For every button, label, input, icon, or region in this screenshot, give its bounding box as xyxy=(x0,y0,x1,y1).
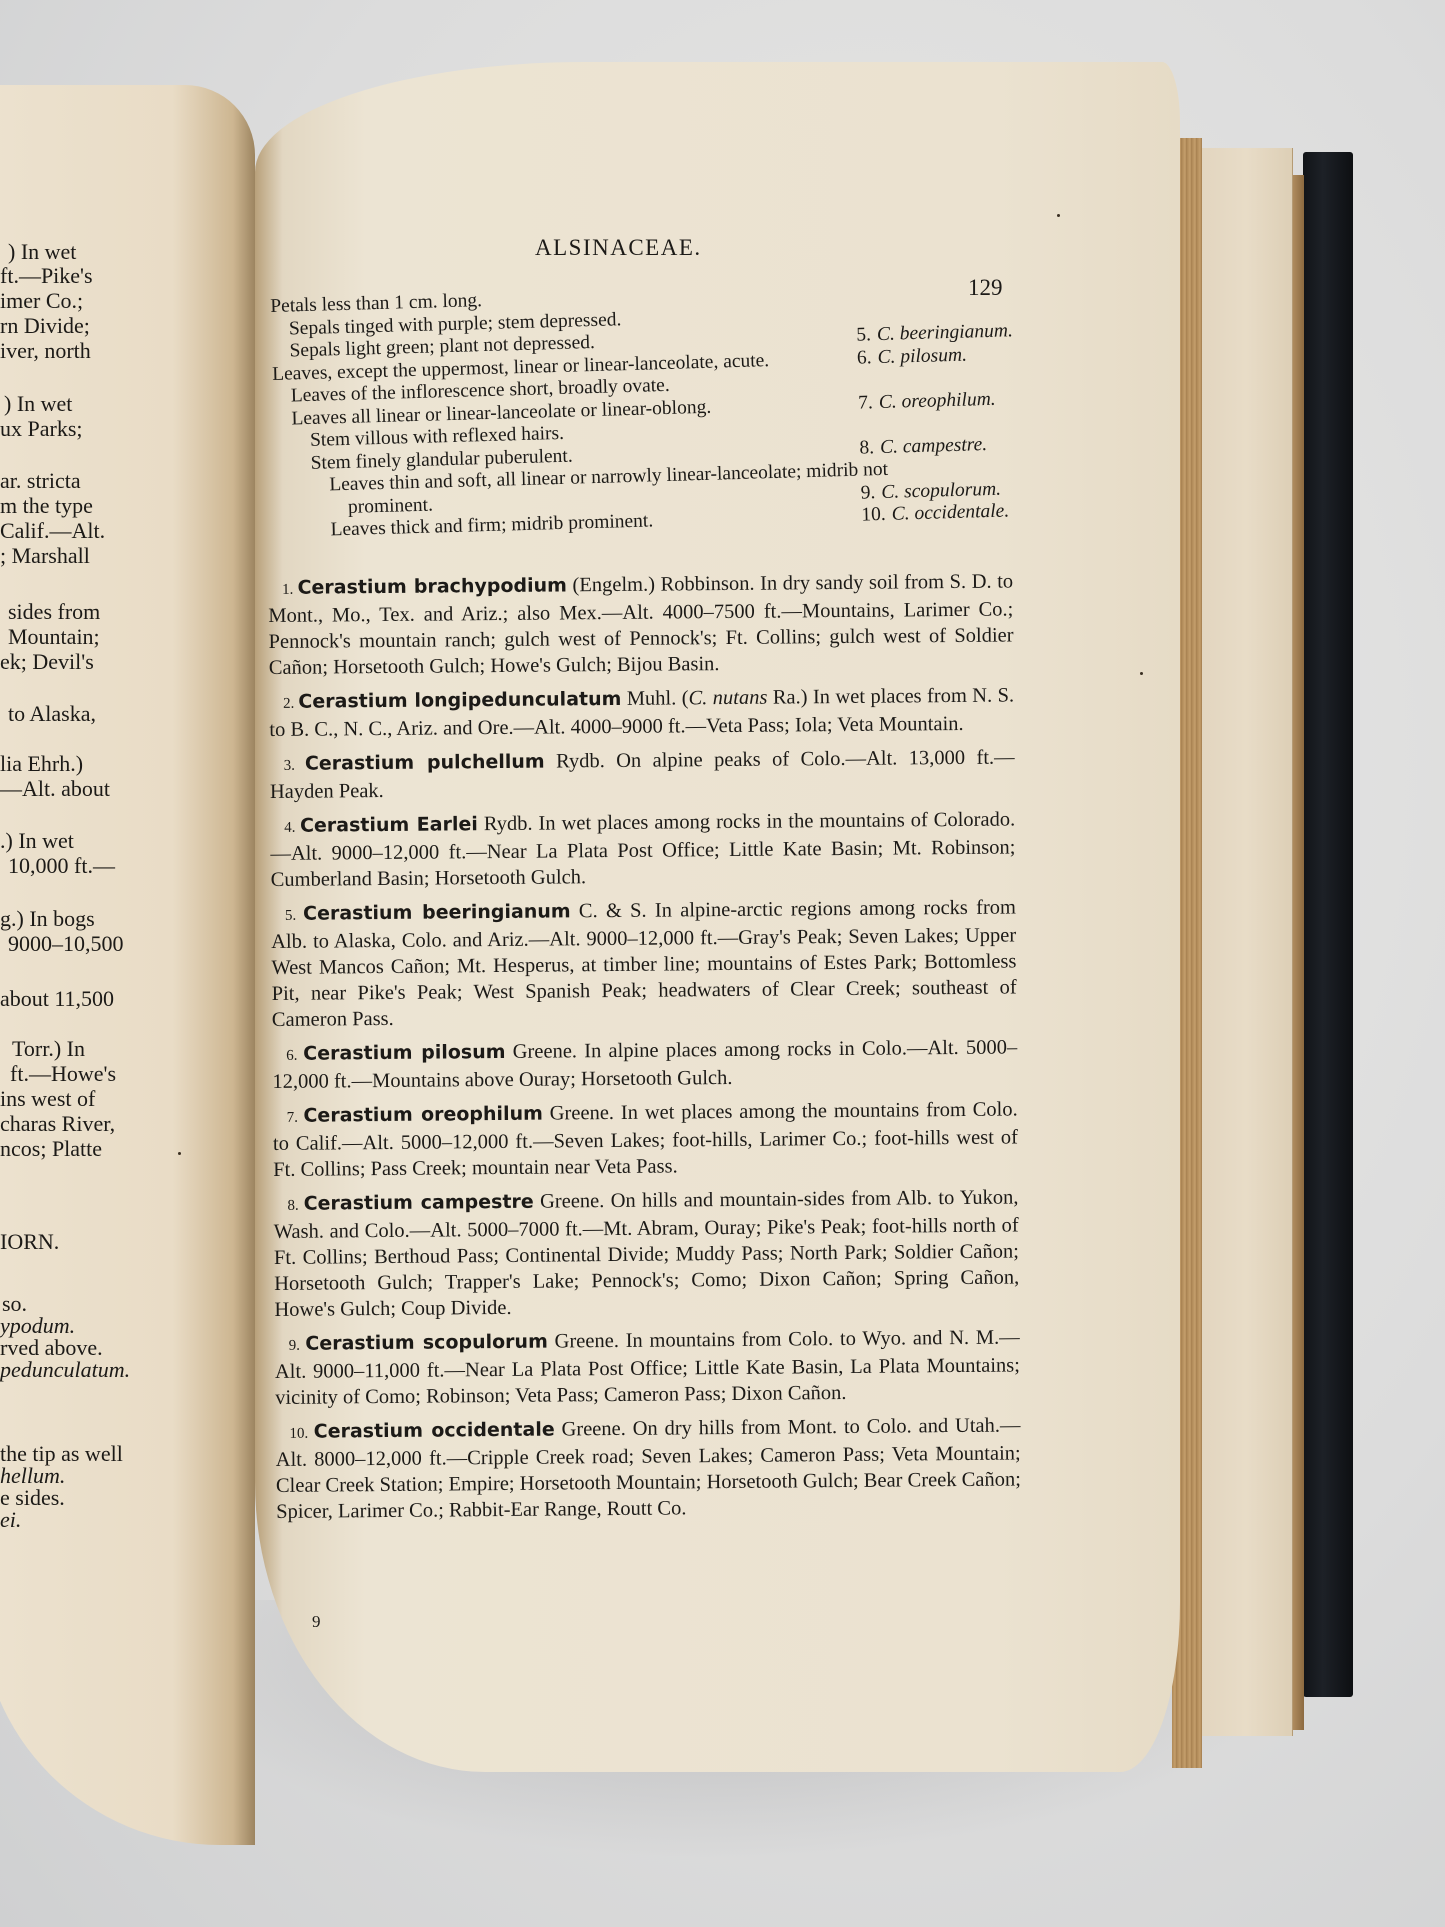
entry-number: 7. xyxy=(287,1110,304,1126)
book-cover-binding xyxy=(1303,152,1353,1697)
left-page-text: ) In wetft.—Pike'simer Co.;rn Divide;ive… xyxy=(0,85,150,1785)
entry-number: 8. xyxy=(287,1198,303,1214)
species-name: Cerastium Earlei xyxy=(300,813,478,837)
entry-number: 2. xyxy=(283,696,298,712)
entry-number: 4. xyxy=(284,820,300,836)
species-entry: 4. Cerastium Earlei Rydb. In wet places … xyxy=(270,806,1016,892)
left-page-line: —Alt. about xyxy=(0,775,110,802)
left-page-line: ux Parks; xyxy=(0,415,83,442)
left-page-line: pedunculatum. xyxy=(0,1356,130,1383)
left-page-line: m the type xyxy=(0,492,93,519)
key-ref-name: C. oreophilum. xyxy=(879,388,996,412)
key-ref-name: C. pilosum. xyxy=(877,344,967,367)
species-authority: Rydb. xyxy=(484,813,533,835)
species-authority: C. & S. xyxy=(579,900,647,923)
left-page-line: ar. stricta xyxy=(0,467,81,494)
entry-number: 9. xyxy=(289,1338,306,1354)
running-head: ALSINACEAE. xyxy=(535,235,702,261)
species-key: Petals less than 1 cm. long.Sepals tinge… xyxy=(270,275,1032,543)
left-page-line: to Alaska, xyxy=(8,700,96,727)
species-authority: Greene. xyxy=(540,1190,605,1213)
left-page-line: Mountain; xyxy=(8,623,100,650)
key-ref-number: 7. xyxy=(858,392,873,413)
species-entry: 6. Cerastium pilosum Greene. In alpine p… xyxy=(272,1034,1017,1094)
left-page-line: Torr.) In xyxy=(12,1035,85,1062)
synonym-authority: Ra.) xyxy=(773,686,808,708)
left-page-line: rn Divide; xyxy=(0,312,90,339)
species-name: Cerastium longipedunculatum xyxy=(298,688,621,713)
signature-mark: 9 xyxy=(312,1612,321,1632)
species-authority: Muhl. xyxy=(627,687,677,709)
species-entry: 9. Cerastium scopulorum Greene. In mount… xyxy=(275,1324,1021,1410)
key-ref-number: 8. xyxy=(859,437,874,458)
left-page-line: ) In wet xyxy=(4,390,72,417)
species-name: Cerastium pilosum xyxy=(303,1041,505,1065)
species-entries: 1. Cerastium brachypodium (Engelm.) Robb… xyxy=(268,568,1021,1532)
left-page-line: 9000–10,500 xyxy=(8,930,124,957)
species-name: Cerastium scopulorum xyxy=(305,1331,548,1355)
left-page-line: sides from xyxy=(8,598,100,625)
key-ref-name: C. beeringianum. xyxy=(877,320,1013,345)
left-page-line: g.) In bogs xyxy=(0,905,95,932)
left-page-line: ins west of xyxy=(0,1085,95,1112)
paper-speck xyxy=(1057,214,1060,217)
left-page-line: 10,000 ft.— xyxy=(8,852,115,879)
species-name: Cerastium occidentale xyxy=(314,1419,555,1443)
species-authority: Greene. xyxy=(550,1102,615,1125)
species-entry: 10. Cerastium occidentale Greene. On dry… xyxy=(275,1412,1021,1524)
left-page-line: Calif.—Alt. xyxy=(0,517,105,544)
species-authority: Greene. xyxy=(561,1418,626,1441)
paper-speck xyxy=(1140,672,1143,675)
species-entry: 2. Cerastium longipedunculatum Muhl. (C.… xyxy=(269,682,1014,742)
left-page-line: .) In wet xyxy=(0,827,74,854)
key-ref-number: 10. xyxy=(861,504,886,526)
key-ref-number: 9. xyxy=(860,482,875,503)
entry-number: 1. xyxy=(282,582,298,598)
synonym-name: C. nutans xyxy=(688,687,767,710)
species-authority: Rydb. xyxy=(556,750,605,772)
left-page-line: ) In wet xyxy=(8,238,76,265)
species-authority: (Engelm.) Robbinson. xyxy=(572,573,754,597)
left-page-line: iver, north xyxy=(0,337,91,364)
entry-number: 3. xyxy=(284,758,305,774)
left-page-line: IORN. xyxy=(0,1228,59,1255)
left-page-line: imer Co.; xyxy=(0,287,83,314)
left-page-line: ft.—Howe's xyxy=(10,1060,116,1087)
species-entry: 5. Cerastium beeringianum C. & S. In alp… xyxy=(271,894,1017,1032)
entry-number: 6. xyxy=(286,1048,303,1064)
paper-speck xyxy=(178,1152,181,1155)
key-ref-name: C. scopulorum. xyxy=(881,478,1001,502)
species-name: Cerastium campestre xyxy=(304,1191,534,1215)
left-page-line: lia Ehrh.) xyxy=(0,750,83,777)
species-name: Cerastium beeringianum xyxy=(303,900,571,924)
species-entry: 8. Cerastium campestre Greene. On hills … xyxy=(273,1184,1019,1322)
key-ref-name: C. occidentale. xyxy=(891,500,1009,524)
species-entry: 3. Cerastium pulchellum Rydb. On alpine … xyxy=(270,744,1015,804)
key-ref-number: 5. xyxy=(856,324,871,345)
left-page-line: ncos; Platte xyxy=(0,1135,102,1162)
species-entry: 1. Cerastium brachypodium (Engelm.) Robb… xyxy=(268,568,1014,680)
species-authority: Greene. xyxy=(554,1330,619,1353)
left-page-line: ; Marshall xyxy=(0,542,90,569)
species-name: Cerastium pulchellum xyxy=(305,751,545,775)
species-name: Cerastium oreophilum xyxy=(303,1103,543,1127)
flyleaf xyxy=(1200,148,1293,1736)
key-species-ref: 10.C. occidentale. xyxy=(861,500,1032,527)
left-page-line: charas River, xyxy=(0,1110,115,1137)
left-page-line: about 11,500 xyxy=(0,985,114,1012)
species-entry: 7. Cerastium oreophilum Greene. In wet p… xyxy=(273,1096,1019,1182)
key-ref-number: 6. xyxy=(857,347,872,368)
entry-number: 5. xyxy=(285,908,303,924)
entry-number: 10. xyxy=(289,1426,313,1442)
species-name: Cerastium brachypodium xyxy=(297,574,567,598)
left-page-line: ei. xyxy=(0,1506,21,1533)
left-page-line: ft.—Pike's xyxy=(0,262,93,289)
left-page: ) In wetft.—Pike'simer Co.;rn Divide;ive… xyxy=(0,85,255,1845)
left-page-line: ek; Devil's xyxy=(0,648,94,675)
species-authority: Greene. xyxy=(513,1040,578,1063)
key-ref-name: C. campestre. xyxy=(880,434,988,458)
